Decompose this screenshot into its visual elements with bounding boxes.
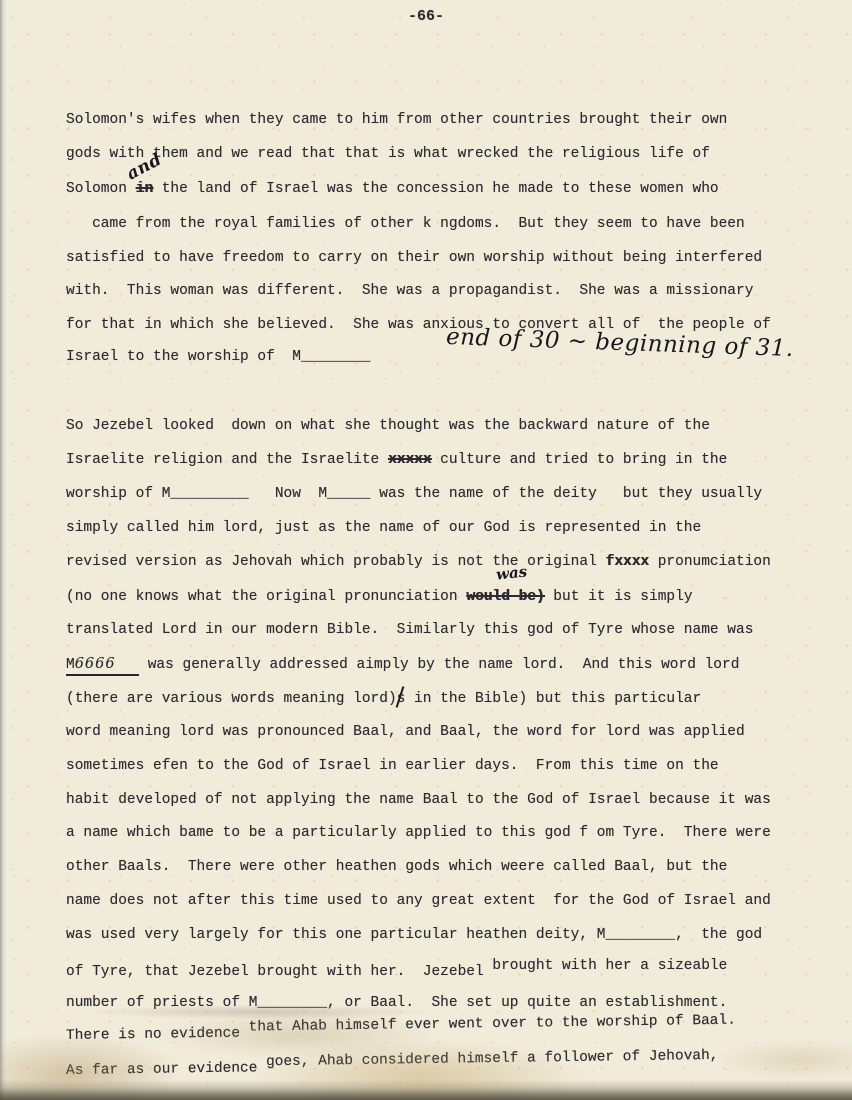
- handwritten-6666: 6666: [75, 656, 116, 672]
- typed-text: the land of Israel was the concession he…: [153, 181, 719, 197]
- typed-line: gods with them and we read that that is …: [66, 145, 710, 163]
- typed-line: was used very largely for this one parti…: [66, 926, 762, 944]
- typed-text: M: [66, 657, 75, 673]
- typed-line: (there are various words meaning lord)s …: [66, 690, 701, 708]
- typed-line: (no one knows what the original pronunci…: [66, 588, 693, 606]
- typed-text: There is no evidence: [66, 1025, 249, 1044]
- typed-line: word meaning lord was pronounced Baal, a…: [66, 723, 745, 741]
- typed-text: of Tyre, that Jezebel brought with her. …: [66, 964, 492, 980]
- typed-line: sometimes efen to the God of Israel in e…: [66, 757, 719, 775]
- struck-text: would be): [466, 589, 544, 605]
- typed-text: in the Bible) but this particular: [405, 691, 701, 707]
- blank-underline: M6666: [66, 655, 139, 676]
- typed-text: (no one knows what the original pronunci…: [66, 589, 466, 605]
- typed-text: Solomon: [66, 181, 136, 197]
- typed-line: M6666 was generally addressed aimply by …: [66, 655, 739, 673]
- typed-line: There is no evidence that Ahab himself e…: [66, 1018, 736, 1045]
- typed-line: Israelite religion and the Israelite xxx…: [66, 451, 727, 469]
- typed-line: translated Lord in our modern Bible. Sim…: [66, 621, 753, 639]
- typed-line: with. This woman was different. She was …: [66, 282, 753, 300]
- typed-text: but it is simply: [545, 589, 693, 605]
- typed-line: simply called him lord, just as the name…: [66, 519, 701, 537]
- overtyped-text: fxxxx: [606, 554, 650, 570]
- typed-line: habit developed of not applying the name…: [66, 791, 771, 809]
- typed-text: pronumciation: [649, 554, 771, 570]
- typed-text: [116, 657, 133, 673]
- typed-line: As far as our evidence goes, Ahab consid…: [66, 1053, 719, 1080]
- typed-text: culture and tried to bring in the: [431, 452, 727, 468]
- typed-text-raised: goes, Ahab considered himself a follower…: [266, 1048, 719, 1070]
- typed-text: was generally addressed aimply by the na…: [139, 657, 739, 673]
- typed-line: worship of M_________ Now M_____ was the…: [66, 485, 762, 503]
- page-number: -66-: [0, 8, 852, 25]
- typed-line: name does not after this time used to an…: [66, 892, 771, 910]
- struck-text: xxxxx: [388, 452, 432, 468]
- slashed-letter: s: [397, 690, 406, 708]
- typed-line: Solomon in the land of Israel was the co…: [66, 180, 719, 198]
- typed-line: of Tyre, that Jezebel brought with her. …: [66, 963, 727, 981]
- typed-line: Solomon's wifes when they came to him fr…: [66, 111, 727, 129]
- struck-text: in: [136, 181, 153, 197]
- typed-text-raised: that Ahab himself ever went over to the …: [249, 1013, 736, 1036]
- typed-text: Israelite religion and the Israelite: [66, 452, 388, 468]
- typed-text: (there are various words meaning lord): [66, 691, 397, 707]
- typed-line: other Baals. There were other heathen go…: [66, 858, 727, 876]
- typed-line: Israel to the worship of M________: [66, 348, 371, 366]
- handwritten-correction-was: was: [495, 562, 528, 583]
- typed-text-raised: brought with her a sizeable: [492, 958, 727, 974]
- typed-line: a name which bame to be a particularly a…: [66, 824, 771, 842]
- typed-line: number of priests of M________, or Baal.…: [66, 994, 727, 1012]
- typed-line: satisfied to have freedom to carry on th…: [66, 249, 762, 267]
- typed-line: revised version as Jehovah which probabl…: [66, 553, 771, 571]
- typed-text: As far as our evidence: [66, 1060, 266, 1079]
- document-page: -66- Solomon's wifes when they came to h…: [0, 0, 852, 1100]
- typed-line: So Jezebel looked down on what she thoug…: [66, 417, 710, 435]
- typed-line: came from the royal families of other k …: [66, 215, 745, 233]
